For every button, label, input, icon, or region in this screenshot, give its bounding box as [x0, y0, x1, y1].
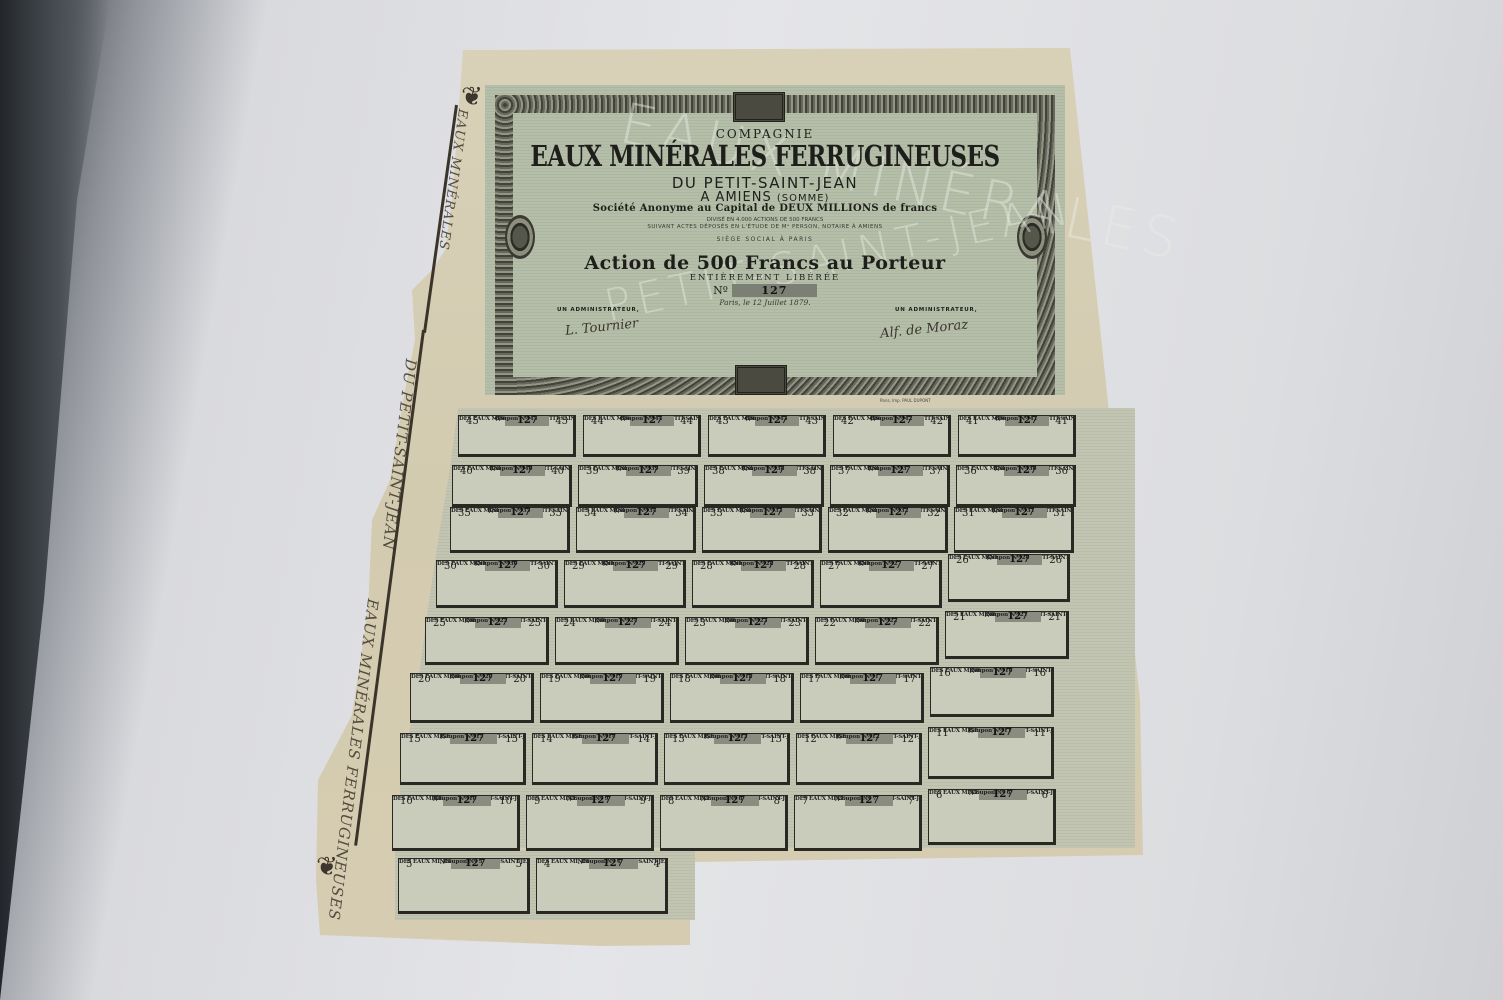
admin-right-label: UN ADMINISTRATEUR,	[895, 307, 978, 313]
coupon: COMPAGNIEDES EAUX MINÉRALES DU PETIT-SAI…	[830, 465, 950, 507]
coupon-label: Coupon Nº 30	[437, 561, 555, 567]
statutes-note: SUIVANT ACTES DÉPOSÉS EN L'ÉTUDE DE Mᵉ P…	[530, 224, 1000, 230]
shares-division: DIVISÉ EN 4.000 ACTIONS DE 500 FRANCS	[530, 217, 1000, 223]
corner-ornament-icon: ❦	[455, 80, 489, 114]
coupon-label: Coupon Nº 4	[537, 859, 665, 865]
coupon: COMPAGNIEDES EAUX MINÉRALES DU PETIT-SAI…	[576, 507, 696, 553]
coupon: COMPAGNIEDES EAUX MINÉRALES DU PETIT-SAI…	[392, 795, 520, 851]
coupon: COMPAGNIEDES EAUX MINÉRALES DU PETIT-SAI…	[564, 560, 686, 608]
coupon-label: Coupon Nº 14	[533, 734, 655, 740]
coupon: COMPAGNIEDES EAUX MINÉRALES DU PETIT-SAI…	[800, 673, 924, 723]
coupon: COMPAGNIEDES EAUX MINÉRALES DU PETIT-SAI…	[815, 617, 939, 665]
coupon-label: Coupon Nº 28	[693, 561, 811, 567]
coupon-label: Coupon Nº 17	[801, 674, 921, 680]
coupon: COMPAGNIEDES EAUX MINÉRALES DU PETIT-SAI…	[796, 733, 922, 785]
head-office: SIÈGE SOCIAL À PARIS	[530, 236, 1000, 243]
coupon-label: Coupon Nº 6	[929, 790, 1053, 796]
coupon: COMPAGNIEDES EAUX MINÉRALES DU PETIT-SAI…	[458, 415, 576, 457]
coupon: COMPAGNIEDES EAUX MINÉRALES DU PETIT-SAI…	[956, 465, 1076, 507]
coupon: COMPAGNIEDES EAUX MINÉRALES DU PETIT-SAI…	[954, 507, 1074, 553]
share-number: 127	[732, 284, 817, 297]
coupon: COMPAGNIEDES EAUX MINÉRALES DU PETIT-SAI…	[708, 415, 826, 457]
corner-ornament-icon: ❦	[310, 850, 344, 884]
coupon-label: Coupon Nº 29	[565, 561, 683, 567]
coupon-label: Coupon Nº 40	[453, 466, 569, 472]
coupon: COMPAGNIEDES EAUX MINÉRALES DU PETIT-SAI…	[583, 415, 701, 457]
coupon: COMPAGNIEDES EAUX MINÉRALES DU PETIT-SAI…	[833, 415, 951, 457]
coupon-label: Coupon Nº 11	[929, 728, 1051, 734]
coupon-label: Coupon Nº 41	[959, 416, 1073, 422]
coupon-label: Coupon Nº 38	[705, 466, 821, 472]
coupon-label: Coupon Nº 26	[949, 555, 1067, 561]
coupon: COMPAGNIEDES EAUX MINÉRALES DU PETIT-SAI…	[945, 611, 1069, 659]
coupon-label: Coupon Nº 37	[831, 466, 947, 472]
coupon: COMPAGNIEDES EAUX MINÉRALES DU PETIT-SAI…	[664, 733, 790, 785]
coupon-label: Coupon Nº 31	[955, 508, 1071, 514]
coupon: COMPAGNIEDES EAUX MINÉRALES DU PETIT-SAI…	[536, 858, 668, 914]
coupon-label: Coupon Nº 16	[931, 668, 1051, 674]
coupon-label: Coupon Nº 34	[577, 508, 693, 514]
coupon: COMPAGNIEDES EAUX MINÉRALES DU PETIT-SAI…	[692, 560, 814, 608]
coupon: COMPAGNIEDES EAUX MINÉRALES DU PETIT-SAI…	[450, 507, 570, 553]
coupon: COMPAGNIEDES EAUX MINÉRALES DU PETIT-SAI…	[436, 560, 558, 608]
coupon: COMPAGNIEDES EAUX MINÉRALES DU PETIT-SAI…	[670, 673, 794, 723]
coupon-label: Coupon Nº 43	[709, 416, 823, 422]
coupon: COMPAGNIEDES EAUX MINÉRALES DU PETIT-SAI…	[704, 465, 824, 507]
coupon: COMPAGNIEDES EAUX MINÉRALES DU PETIT-SAI…	[532, 733, 658, 785]
coupon: COMPAGNIEDES EAUX MINÉRALES DU PETIT-SAI…	[958, 415, 1076, 457]
share-number-line: Nº127	[530, 284, 1000, 297]
coupon-label: Coupon Nº 9	[527, 796, 651, 802]
coupon-label: Coupon Nº 39	[579, 466, 695, 472]
coupon-label: Coupon Nº 18	[671, 674, 791, 680]
coupon-label: Coupon Nº 19	[541, 674, 661, 680]
coupon-label: Coupon Nº 8	[661, 796, 785, 802]
backdrop-fold	[0, 0, 110, 1000]
company-name: EAUX MINÉRALES FERRUGINEUSES	[530, 140, 1000, 174]
coupon: COMPAGNIEDES EAUX MINÉRALES DU PETIT-SAI…	[685, 617, 809, 665]
coupon: COMPAGNIEDES EAUX MINÉRALES DU PETIT-SAI…	[820, 560, 942, 608]
coupon: COMPAGNIEDES EAUX MINÉRALES DU PETIT-SAI…	[948, 554, 1070, 602]
issue-date: Paris, le 12 Juillet 1879.	[530, 298, 1000, 307]
coupon: COMPAGNIEDES EAUX MINÉRALES DU PETIT-SAI…	[425, 617, 549, 665]
coupon: COMPAGNIEDES EAUX MINÉRALES DU PETIT-SAI…	[660, 795, 788, 851]
coupon-label: Coupon Nº 44	[584, 416, 698, 422]
coupon: COMPAGNIEDES EAUX MINÉRALES DU PETIT-SAI…	[578, 465, 698, 507]
coupon-label: Coupon Nº 23	[686, 618, 806, 624]
share-title: Action de 500 Francs au Porteur	[530, 252, 1000, 274]
coupon-label: Coupon Nº 25	[426, 618, 546, 624]
coupon: COMPAGNIEDES EAUX MINÉRALES DU PETIT-SAI…	[794, 795, 922, 851]
coupon: COMPAGNIEDES EAUX MINÉRALES DU PETIT-SAI…	[400, 733, 526, 785]
coupon-label: Coupon Nº 21	[946, 612, 1066, 618]
coupon: COMPAGNIEDES EAUX MINÉRALES DU PETIT-SAI…	[828, 507, 948, 553]
coupon-label: Coupon Nº 10	[393, 796, 517, 802]
paid-status: ENTIÈREMENT LIBÉRÉE	[530, 273, 1000, 283]
coupon-label: Coupon Nº 24	[556, 618, 676, 624]
coupon-label: Coupon Nº 12	[797, 734, 919, 740]
coupon-label: Coupon Nº 20	[411, 674, 531, 680]
coupon-label: Coupon Nº 15	[401, 734, 523, 740]
coupon-label: Coupon Nº 33	[703, 508, 819, 514]
coupon: COMPAGNIEDES EAUX MINÉRALES DU PETIT-SAI…	[928, 727, 1054, 779]
coupon: COMPAGNIEDES EAUX MINÉRALES DU PETIT-SAI…	[540, 673, 664, 723]
coupon-label: Coupon Nº 42	[834, 416, 948, 422]
coupon-label: Coupon Nº 35	[451, 508, 567, 514]
coupon: COMPAGNIEDES EAUX MINÉRALES DU PETIT-SAI…	[928, 789, 1056, 845]
number-label: Nº	[713, 284, 728, 297]
bottom-cartouche-icon	[735, 365, 787, 395]
coupon-label: Coupon Nº 13	[665, 734, 787, 740]
coupon-label: Coupon Nº 7	[795, 796, 919, 802]
coupon-label: Coupon Nº 45	[459, 416, 573, 422]
printer-imprint: Paris, Imp. PAUL DUPONT	[880, 398, 931, 403]
coupon: COMPAGNIEDES EAUX MINÉRALES DU PETIT-SAI…	[452, 465, 572, 507]
coupon-label: Coupon Nº 5	[399, 859, 527, 865]
coupon: COMPAGNIEDES EAUX MINÉRALES DU PETIT-SAI…	[555, 617, 679, 665]
coupon: COMPAGNIEDES EAUX MINÉRALES DU PETIT-SAI…	[702, 507, 822, 553]
coupon-label: Coupon Nº 27	[821, 561, 939, 567]
capital-statement: Société Anonyme au Capital de DEUX MILLI…	[530, 203, 1000, 214]
coupon-label: Coupon Nº 36	[957, 466, 1073, 472]
coupon-label: Coupon Nº 32	[829, 508, 945, 514]
admin-left-label: UN ADMINISTRATEUR,	[557, 307, 640, 313]
coupon-label: Coupon Nº 22	[816, 618, 936, 624]
coupon: COMPAGNIEDES EAUX MINÉRALES DU PETIT-SAI…	[398, 858, 530, 914]
coupon: COMPAGNIEDES EAUX MINÉRALES DU PETIT-SAI…	[410, 673, 534, 723]
coupon: COMPAGNIEDES EAUX MINÉRALES DU PETIT-SAI…	[526, 795, 654, 851]
coupon: COMPAGNIEDES EAUX MINÉRALES DU PETIT-SAI…	[930, 667, 1054, 717]
